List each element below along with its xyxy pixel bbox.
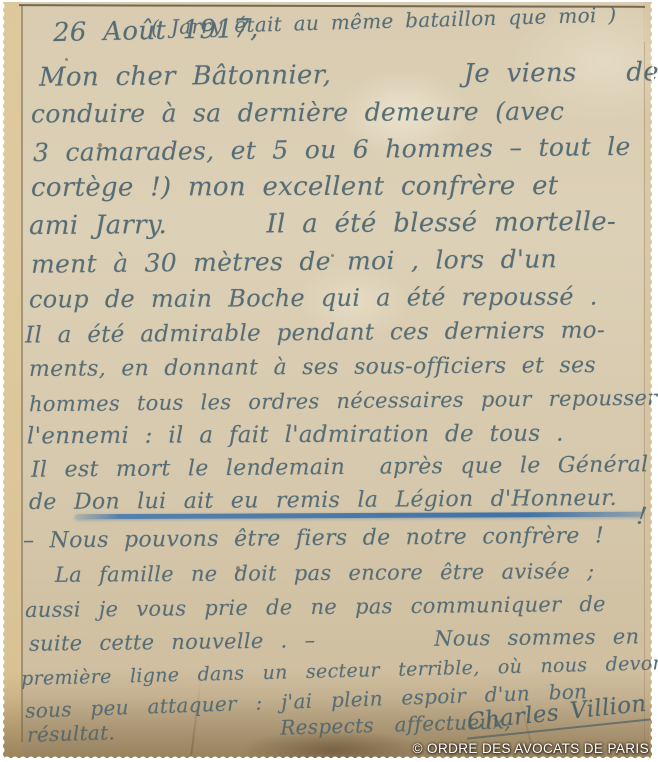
- letter-card: 26 Août 1917, ( Jarry était au même bata…: [3, 2, 652, 758]
- letter-line: coup de main Boche qui a été repoussé .: [29, 283, 598, 314]
- copyright-credit: © ORDRE DES AVOCATS DE PARIS: [413, 741, 649, 756]
- letter-line: Mon cher Bâtonnier, Je viens de: [39, 57, 658, 92]
- letter-line: Il a été admirable pendant ces derniers …: [25, 317, 605, 348]
- exclamation-mark: !: [635, 501, 649, 530]
- handwritten-text: 26 Août 1917, ( Jarry était au même bata…: [3, 2, 652, 758]
- letter-line: Il est mort le lendemain après que le Gé…: [31, 452, 649, 482]
- letter-line: hommes tous les ordres nécessaires pour …: [29, 386, 658, 417]
- letter-line: suite cette nouvelle . – Nous sommes en: [29, 624, 640, 655]
- letter-line: 3 camarades, et 5 ou 6 hommes – tout le: [33, 132, 631, 167]
- letter-line: ami Jarry. Il a été blessé mortelle-: [29, 207, 616, 241]
- letter-line-underlined: de Don lui ait eu remis la Légion d'Honn…: [29, 486, 617, 515]
- letter-line: – Nous pouvons être fiers de notre confr…: [23, 523, 604, 553]
- letter-line: ments, en donnant à ses sous-officiers e…: [29, 353, 596, 382]
- letter-line: cortège !) mon excellent confrère et: [31, 171, 559, 203]
- letter-line: conduire à sa dernière demeure (avec: [31, 97, 564, 129]
- letter-line: l'ennemi : il a fait l'admiration de tou…: [27, 421, 564, 450]
- margin-annotation: ( Jarry était au même bataillon que moi …: [151, 3, 617, 40]
- letter-line: La famille ne doit pas encore être avisé…: [55, 559, 595, 587]
- letter-line: ment à 30 mètres de moi , lors d'un: [31, 244, 557, 279]
- letter-line: aussi je vous prie de ne pas communiquer…: [25, 592, 606, 622]
